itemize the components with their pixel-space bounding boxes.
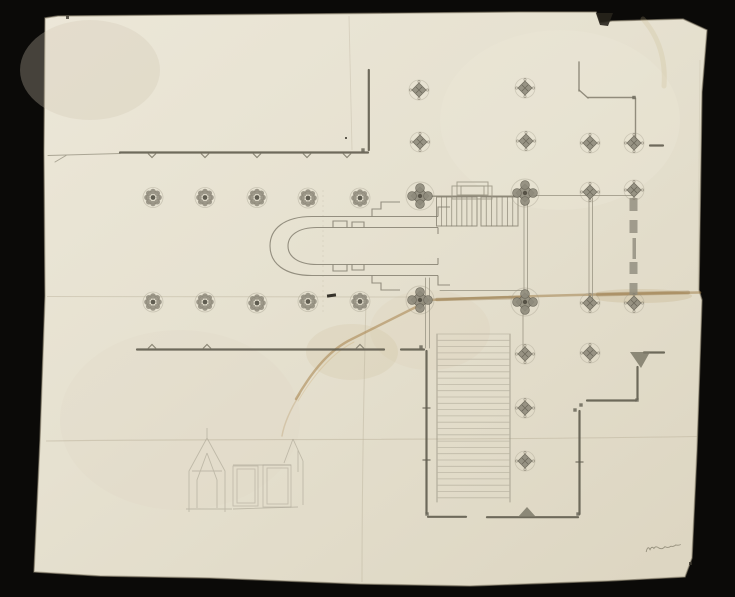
wall-corner-mark xyxy=(576,512,579,515)
scanned-plan-drawing xyxy=(0,0,735,597)
diamond-column xyxy=(580,343,600,363)
diamond-column xyxy=(515,451,535,471)
pier-lobe xyxy=(416,200,425,209)
pier-center xyxy=(523,191,527,195)
diamond-column xyxy=(516,131,536,151)
wall-corner-mark xyxy=(361,148,364,151)
wall-corner-mark xyxy=(635,398,638,401)
diamond-column xyxy=(580,293,600,313)
pier-lobe xyxy=(416,184,425,193)
paper-discoloration xyxy=(440,30,680,210)
rosette-column xyxy=(247,293,267,313)
rosette-center xyxy=(358,299,363,304)
rosette-column xyxy=(350,188,370,208)
scan-viewport xyxy=(0,0,735,597)
rosette-column xyxy=(350,292,370,312)
diamond-column xyxy=(624,293,644,313)
pier-lobe xyxy=(408,296,417,305)
pier-lobe xyxy=(424,192,433,201)
diamond-column xyxy=(624,180,644,200)
pier-lobe xyxy=(513,189,522,198)
rosette-center xyxy=(203,195,208,200)
rosette-center xyxy=(306,299,311,304)
wall-corner-mark xyxy=(579,403,582,406)
rosette-center xyxy=(306,196,311,201)
pier-lobe xyxy=(513,298,522,307)
pier-lobe xyxy=(521,181,530,190)
rosette-center xyxy=(203,300,208,305)
pier-lobe xyxy=(529,298,538,307)
diamond-column xyxy=(409,80,429,100)
wall-corner-mark xyxy=(632,96,635,99)
pier-lobe xyxy=(529,189,538,198)
pier-center xyxy=(523,300,527,304)
diamond-column xyxy=(580,133,600,153)
pier-lobe xyxy=(521,197,530,206)
wall-corner-mark xyxy=(425,512,428,515)
quatrefoil-pier xyxy=(511,288,539,316)
brown-stain xyxy=(598,293,688,295)
pier-dash xyxy=(630,220,638,233)
quatrefoil-pier xyxy=(511,179,539,207)
rosette-column xyxy=(247,188,267,208)
rosette-center xyxy=(255,301,260,306)
rosette-column xyxy=(143,188,163,208)
diamond-column xyxy=(515,78,535,98)
wall-corner-mark xyxy=(419,345,422,348)
paper-speck xyxy=(66,16,69,19)
pier-center xyxy=(418,194,422,198)
fold-crease xyxy=(47,297,428,298)
pier-dash xyxy=(630,262,638,274)
rosette-column xyxy=(298,188,318,208)
diamond-column xyxy=(515,398,535,418)
rosette-column xyxy=(298,292,318,312)
diamond-column xyxy=(580,182,600,202)
pier-lobe xyxy=(521,306,530,315)
pier-center xyxy=(418,298,422,302)
rosette-center xyxy=(255,195,260,200)
rosette-center xyxy=(151,195,156,200)
paper-discoloration xyxy=(60,330,300,510)
rosette-column xyxy=(195,188,215,208)
brown-stain xyxy=(437,298,520,300)
wall-corner-mark xyxy=(573,408,576,411)
pier-lobe xyxy=(416,304,425,313)
pier-dash xyxy=(633,238,637,259)
pier-lobe xyxy=(424,296,433,305)
rosette-column xyxy=(143,292,163,312)
paper-discoloration xyxy=(20,20,160,120)
paper-speck xyxy=(689,562,692,565)
paper-speck xyxy=(345,137,347,139)
quatrefoil-pier xyxy=(406,286,434,314)
pier-lobe xyxy=(521,290,530,299)
quatrefoil-pier xyxy=(406,182,434,210)
diamond-column xyxy=(410,132,430,152)
pier-lobe xyxy=(408,192,417,201)
rosette-center xyxy=(358,196,363,201)
pier-lobe xyxy=(416,288,425,297)
diamond-column xyxy=(624,133,644,153)
rosette-center xyxy=(151,300,156,305)
rosette-column xyxy=(195,292,215,312)
diamond-column xyxy=(515,344,535,364)
